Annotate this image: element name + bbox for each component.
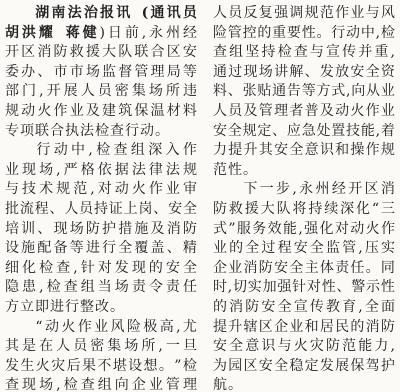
char: 效: [268, 220, 282, 240]
text-line: 查现场,检查组向企业管理: [5, 376, 197, 392]
char: 着: [381, 122, 395, 142]
text-line: 胡洪耀 蒋健)日前,永州经: [5, 24, 197, 44]
char: 护: [102, 220, 116, 240]
char: 全: [228, 122, 242, 142]
char: 园: [228, 357, 242, 377]
char: 查: [81, 376, 95, 392]
char: “: [372, 200, 379, 220]
text-line: 发生火灾后果不堪设想。”检: [5, 357, 197, 377]
char: 队: [277, 200, 291, 220]
char: 检: [381, 24, 395, 44]
char: 患: [22, 278, 36, 298]
char: 开: [47, 82, 61, 102]
char: 等: [302, 82, 316, 102]
char: 设: [128, 357, 142, 377]
char: 理: [274, 102, 288, 122]
char: 组: [229, 43, 243, 63]
char: 队: [118, 43, 132, 63]
char: 生: [20, 357, 34, 377]
text-line: 防救援大队将持续深化“三: [213, 200, 395, 220]
char: 门: [22, 82, 36, 102]
char: 与: [5, 180, 19, 200]
char: 护: [381, 357, 395, 377]
char: 传: [310, 298, 324, 318]
char: 局: [167, 63, 181, 83]
text-line: 范性。: [213, 161, 395, 181]
char: 作: [149, 180, 163, 200]
char: 所: [141, 337, 155, 357]
char: 律: [149, 161, 163, 181]
char: 检: [39, 259, 53, 279]
text-line: 企业消防安全主体责任。同: [213, 259, 395, 279]
char: 安: [183, 43, 197, 63]
char: 务: [252, 220, 266, 240]
char: 消: [167, 220, 181, 240]
char: 员: [79, 200, 93, 220]
char: 管: [228, 24, 242, 44]
char: 委: [5, 63, 19, 83]
char: 市: [54, 63, 68, 83]
char: 援: [86, 43, 100, 63]
char: 设: [5, 239, 19, 259]
char: 对: [307, 278, 321, 298]
char: 防: [381, 318, 395, 338]
char: 宣: [294, 298, 308, 318]
char: 消: [229, 298, 243, 318]
text-line: 设施配备等进行全覆盖、精: [5, 239, 197, 259]
char: 永: [299, 180, 313, 200]
char: 援: [245, 200, 259, 220]
char: 办: [21, 63, 35, 83]
char: 动: [346, 24, 360, 44]
char: 普: [305, 102, 319, 122]
char: 查: [294, 43, 308, 63]
char: 后: [67, 357, 81, 377]
char: 组: [131, 141, 145, 161]
char: 方: [316, 82, 330, 102]
char: 防: [54, 43, 68, 63]
char: 识: [320, 141, 334, 161]
char: 查: [114, 141, 128, 161]
char: 人: [213, 4, 227, 24]
char: 应: [287, 122, 301, 142]
char: 强: [277, 278, 291, 298]
char: 项: [20, 122, 34, 142]
char: 从: [366, 82, 380, 102]
char: 时: [213, 278, 227, 298]
char: 展: [64, 82, 78, 102]
char: 和: [305, 318, 319, 338]
char: 管: [259, 102, 273, 122]
char: 其: [259, 141, 273, 161]
char: 通: [272, 82, 286, 102]
char: 覆: [134, 239, 148, 259]
text-line: 湖南法治报讯 (通讯员: [5, 4, 197, 24]
char: 火: [36, 357, 50, 377]
char: 程: [35, 200, 49, 220]
char: 下: [243, 180, 257, 200]
char: 法: [80, 122, 94, 142]
char: 持: [308, 200, 322, 220]
char: 行: [331, 24, 345, 44]
char: 、: [167, 239, 181, 259]
char: 果: [82, 357, 96, 377]
char: 检: [183, 357, 197, 377]
char: 尤: [183, 318, 197, 338]
char: 对: [335, 220, 349, 240]
char: 救: [70, 43, 84, 63]
char: 开: [348, 180, 362, 200]
char: 即: [35, 298, 49, 318]
char: 性: [302, 24, 316, 44]
char: 企: [132, 376, 146, 392]
char: 教: [326, 298, 340, 318]
char: 查: [213, 43, 227, 63]
char: 定: [257, 122, 271, 142]
text-line: 委办、市市场监督管理局等: [5, 63, 197, 83]
char: 区: [244, 357, 258, 377]
column-1: 湖南法治报讯 (通讯员胡洪耀 蒋健)日前,永州经开区消防救援大队联合区安委办、市…: [5, 4, 197, 392]
char: 现: [132, 259, 146, 279]
char: 的: [229, 239, 243, 259]
char: 业: [350, 4, 364, 24]
char: 消: [244, 259, 258, 279]
char: 精: [183, 239, 197, 259]
char: 性: [228, 161, 242, 181]
char: 放: [335, 63, 349, 83]
char: 大: [102, 43, 116, 63]
char: 发: [320, 63, 334, 83]
char: 防: [86, 220, 100, 240]
text-line: 细化检查,针对发现的安全: [5, 259, 197, 279]
char: 对: [98, 180, 112, 200]
char: 训: [21, 220, 35, 240]
char: 全: [245, 239, 259, 259]
char: 实: [248, 278, 262, 298]
char: 业: [149, 376, 163, 392]
char: 理: [183, 376, 197, 392]
char: 旦: [183, 337, 197, 357]
text-line: 其是在人员密集场所,一旦: [5, 337, 197, 357]
char: 细: [5, 259, 19, 279]
char: 场: [39, 161, 53, 181]
char: 同: [381, 259, 395, 279]
char: 安: [261, 298, 275, 318]
char: 与: [310, 43, 324, 63]
char: 、: [153, 200, 167, 220]
char: 场: [39, 376, 53, 392]
char: 温: [151, 102, 165, 122]
char: 开: [5, 43, 19, 63]
char: (: [142, 4, 149, 24]
char: 管: [134, 63, 148, 83]
char: 实: [381, 239, 395, 259]
text-line: 业现场,严格依据法律法规: [5, 161, 197, 181]
char: 规: [381, 141, 395, 161]
char: 技: [346, 122, 360, 142]
char: 安: [213, 122, 227, 142]
char: 对: [98, 259, 112, 279]
char: 强: [304, 220, 318, 240]
char: 经: [332, 180, 346, 200]
char: 员: [228, 4, 242, 24]
char: 施: [21, 239, 35, 259]
char: 法: [68, 4, 82, 24]
char: 州: [316, 180, 330, 200]
char: 全: [366, 63, 380, 83]
char: ,: [298, 220, 302, 240]
char: 向: [351, 82, 365, 102]
char: 。: [159, 357, 173, 377]
char: 意: [305, 141, 319, 161]
char: 安: [259, 357, 273, 377]
char: 示: [366, 278, 380, 298]
char: 宣: [326, 43, 340, 63]
char: 。: [366, 259, 380, 279]
text-line: 批流程、人员持证上岗、安全: [5, 200, 197, 220]
char: 范: [73, 180, 87, 200]
char: 及: [244, 102, 258, 122]
char: 过: [228, 63, 242, 83]
char: 极: [143, 318, 157, 338]
char: 督: [118, 63, 132, 83]
text-line: 安全意识与火灾防范能力,: [213, 337, 395, 357]
char: 检: [64, 376, 78, 392]
char: 格: [81, 161, 95, 181]
char: ,: [376, 122, 380, 142]
char: 场: [86, 63, 100, 83]
char: 化: [320, 220, 334, 240]
char: 业: [166, 180, 180, 200]
char: ,: [376, 24, 380, 44]
char: 区: [167, 43, 181, 63]
char: 火: [366, 220, 380, 240]
char: 上: [124, 200, 138, 220]
char: 规: [243, 122, 257, 142]
char: 胡: [5, 24, 19, 44]
char: 责: [335, 259, 349, 279]
char: 检: [96, 141, 110, 161]
text-line: 规动火作业及建筑保温材料: [5, 102, 197, 122]
text-line: 为园区安全稳定发展保驾护: [213, 357, 395, 377]
char: 讯: [116, 4, 130, 24]
char: 航: [213, 376, 227, 392]
char: 防: [245, 298, 259, 318]
char: 调: [289, 4, 303, 24]
char: 全: [274, 357, 288, 377]
char: ,: [228, 278, 232, 298]
char: 场: [149, 82, 163, 102]
char: 想: [144, 357, 158, 377]
char: 火: [294, 337, 308, 357]
char: 居: [320, 318, 334, 338]
char: 提: [228, 141, 242, 161]
char: 全: [229, 337, 243, 357]
char: 消: [366, 318, 380, 338]
char: 切: [233, 278, 247, 298]
char: 证: [109, 200, 123, 220]
char: 通: [213, 63, 227, 83]
newspaper-article: 湖南法治报讯 (通讯员胡洪耀 蒋健)日前,永州经开区消防救援大队联合区安委办、市…: [0, 0, 400, 392]
char: 险: [127, 318, 141, 338]
char: 。: [155, 122, 169, 142]
char: 措: [118, 220, 132, 240]
char: 任: [350, 259, 364, 279]
char: 主: [305, 259, 319, 279]
char: 动: [335, 102, 349, 122]
char: 安: [350, 63, 364, 83]
char: 现: [54, 220, 68, 240]
text-line: 人员及管理者普及动火作业: [213, 102, 395, 122]
char: 联: [35, 122, 49, 142]
text-line: 险管控的重要性。行动中,检: [213, 24, 395, 44]
char: 方: [5, 298, 19, 318]
char: 区: [21, 43, 35, 63]
char: 全: [183, 200, 197, 220]
char: 其: [5, 337, 19, 357]
char: 责: [166, 278, 180, 298]
char: 、: [37, 220, 51, 240]
char: 人: [64, 200, 78, 220]
char: 据: [115, 161, 129, 181]
char: 意: [245, 337, 259, 357]
char: 风: [381, 4, 395, 24]
char: 化: [356, 200, 370, 220]
text-line: 培训、现场防护措施及消防: [5, 220, 197, 240]
char: 集: [132, 82, 146, 102]
char: 深: [148, 141, 162, 161]
char: 升: [228, 318, 242, 338]
char: 高: [160, 318, 174, 338]
char: 传: [342, 43, 356, 63]
char: 集: [107, 337, 121, 357]
char: 民: [335, 318, 349, 338]
char: 程: [278, 239, 292, 259]
char: ,: [142, 24, 146, 44]
char: 法: [166, 161, 180, 181]
char: 现: [22, 161, 36, 181]
char: 法: [132, 161, 146, 181]
char: 理: [151, 63, 165, 83]
char: 业: [213, 239, 227, 259]
char: 耀: [39, 24, 53, 44]
char: 区: [259, 318, 273, 338]
char: 配: [37, 239, 51, 259]
char: 坚: [245, 43, 259, 63]
text-line: 时,切实加强针对性、警示性: [213, 278, 395, 298]
char: 安: [274, 141, 288, 161]
char: [56, 24, 63, 44]
char: 全: [289, 141, 303, 161]
char: 作: [366, 102, 380, 122]
char: 操: [350, 141, 364, 161]
char: 提: [213, 318, 227, 338]
char: ”: [174, 357, 181, 377]
char: 全: [289, 259, 303, 279]
char: 发: [115, 259, 129, 279]
char: 火: [350, 102, 364, 122]
char: 违: [183, 82, 197, 102]
text-line: 部门,开展人员密集场所违: [5, 82, 197, 102]
char: 检: [47, 278, 61, 298]
char: 管: [342, 239, 356, 259]
char: 范: [342, 337, 356, 357]
char: 与: [278, 337, 292, 357]
char: 针: [81, 259, 95, 279]
char: 及: [151, 220, 165, 240]
char: 加: [263, 278, 277, 298]
char: 三: [381, 200, 395, 220]
char: 等: [183, 63, 197, 83]
char: 中: [361, 24, 375, 44]
char: 稳: [289, 357, 303, 377]
char: 动: [115, 180, 129, 200]
char: 筑: [118, 102, 132, 122]
char: 作: [335, 4, 349, 24]
text-line: “动火作业风险极高,尤: [5, 318, 197, 338]
char: 专: [5, 122, 19, 142]
text-line: 专项联合执法检查行动。: [5, 122, 197, 142]
char: 进: [50, 298, 64, 318]
char: 置: [331, 122, 345, 142]
char: 不: [97, 357, 111, 377]
char: 育: [342, 298, 356, 318]
char: 能: [283, 220, 297, 240]
column-2: 人员反复强调规范作业与风险管控的重要性。行动中,检查组坚持检查与宣传并重,通过现…: [213, 4, 395, 392]
char: 区: [365, 180, 379, 200]
char: 业: [70, 102, 84, 122]
char: 体: [320, 259, 334, 279]
char: 行: [36, 141, 50, 161]
char: 力: [213, 141, 227, 161]
char: 张: [243, 82, 257, 102]
text-line: 料、张贴通告等方式,向从业: [213, 82, 395, 102]
char: 重: [272, 24, 286, 44]
char: 查: [56, 259, 70, 279]
char: 解: [289, 63, 303, 83]
char: 报: [100, 4, 114, 24]
text-line: 行动中,检查组深入作: [5, 141, 197, 161]
char: ,: [73, 259, 77, 279]
char: 消: [37, 43, 51, 63]
char: 所: [166, 82, 180, 102]
char: 防: [326, 337, 340, 357]
char: 隐: [5, 278, 19, 298]
char: 性: [322, 278, 336, 298]
char: 湖: [35, 4, 49, 24]
char: 并: [358, 43, 372, 63]
char: 驾: [366, 357, 380, 377]
char: 面: [381, 298, 395, 318]
char: 规: [305, 4, 319, 24]
char: 持: [261, 43, 275, 63]
char: 现: [22, 376, 36, 392]
char: 、: [49, 200, 63, 220]
char: ): [100, 24, 105, 44]
char: 等: [70, 239, 84, 259]
char: 合: [151, 43, 165, 63]
text-line: 下一步,永州经开区消: [213, 180, 395, 200]
char: 保: [350, 357, 364, 377]
char: 与: [366, 4, 380, 24]
char: 动: [45, 318, 59, 338]
char: 、: [305, 63, 319, 83]
char: 识: [261, 337, 275, 357]
char: 一: [166, 337, 180, 357]
char: 在: [39, 337, 53, 357]
char: 反: [244, 4, 258, 24]
char: 展: [335, 357, 349, 377]
